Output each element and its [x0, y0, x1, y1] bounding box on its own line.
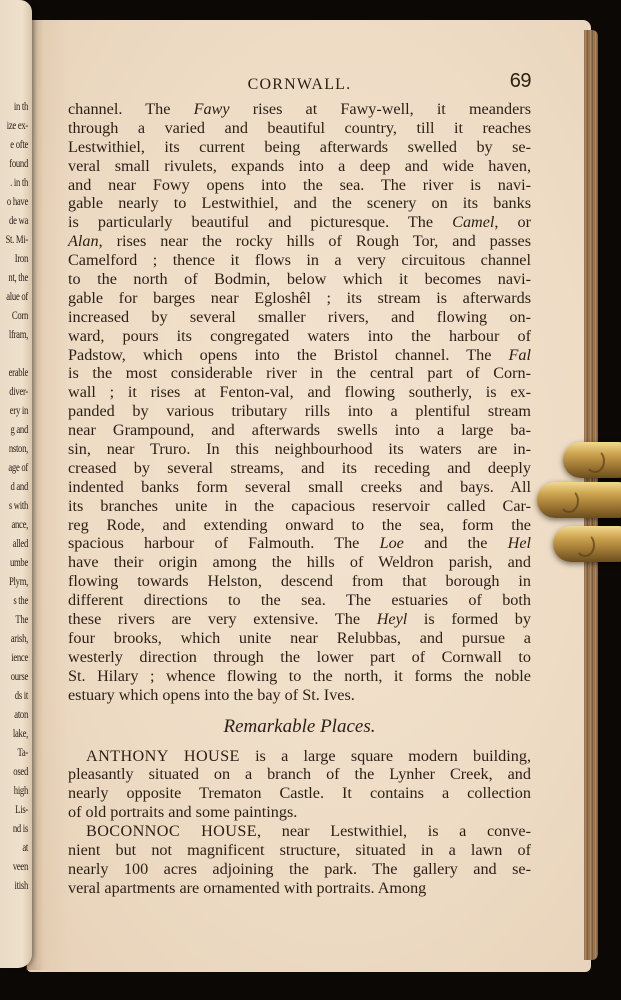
facing-page-fragment: St. Mi- [0, 230, 28, 249]
text-run: , near Lestwithiel, is a conve- [257, 822, 531, 840]
text-run: have their origin among the hills of Wel… [68, 553, 531, 571]
text-run: channel. The [68, 100, 194, 118]
facing-page-fragment [0, 344, 28, 363]
text-run: veral small rivulets, expands into a dee… [68, 157, 531, 175]
river-name-italic: Heyl [377, 610, 408, 628]
text-run: St. Hilary ; whence flowing to the north… [68, 667, 531, 685]
facing-page-fragment: alled [0, 534, 28, 553]
facing-page-fragment: s with [0, 496, 28, 515]
text-line: these rivers are very extensive. The Hey… [68, 610, 531, 629]
facing-page-fragment: nston, [0, 439, 28, 458]
facing-page-fragment: lake, [0, 724, 28, 743]
text-line: gable nearly to Lestwithiel, and the sce… [68, 194, 531, 213]
facing-page-fragment: Lis- [0, 800, 28, 819]
facing-page-fragment: ourse [0, 667, 28, 686]
text-run: nearly 100 acres adjoining the park. The… [68, 860, 531, 878]
text-run: wall ; it rises at Fenton-val, and flowi… [68, 383, 531, 401]
text-line: nearly 100 acres adjoining the park. The… [68, 860, 531, 879]
facing-page-fragment: osed [0, 762, 28, 781]
facing-page-fragment: age of [0, 458, 28, 477]
text-run: spacious harbour of Falmouth. The [68, 534, 380, 552]
text-run: is formed by [407, 610, 531, 628]
text-line: creased by several streams, and its rece… [68, 459, 531, 478]
running-title: CORNWALL. [68, 76, 531, 95]
paragraph-rivers: channel. The Fawy rises at Fawy-well, it… [68, 100, 531, 705]
facing-page-fragment: aton [0, 705, 28, 724]
river-name-italic: Fal [509, 346, 531, 364]
text-run: indented banks form several small creeks… [68, 478, 531, 496]
facing-page-fragment: lfram, [0, 325, 28, 344]
text-run: different directions to the sea. The est… [68, 591, 531, 609]
facing-page-fragment: arish, [0, 629, 28, 648]
text-run: , rises near the rocky hills of Rough To… [99, 232, 531, 250]
text-line: different directions to the sea. The est… [68, 591, 531, 610]
facing-page-fragment: d and [0, 477, 28, 496]
text-run: is a large square modern building, [240, 747, 531, 765]
facing-page-fragment: ds it [0, 686, 28, 705]
text-line: near Grampound, and afterwards swells in… [68, 421, 531, 440]
text-run: flowing towards Helston, descend from th… [68, 572, 531, 590]
text-line: is particularly beautiful and picturesqu… [68, 213, 531, 232]
text-line: St. Hilary ; whence flowing to the north… [68, 667, 531, 686]
text-run: veral apartments are ornamented with por… [68, 879, 426, 897]
text-line: estuary which opens into the bay of St. … [68, 686, 531, 705]
text-line: its branches unite in the capacious rese… [68, 497, 531, 516]
text-run: nient but not magnificent structure, sit… [68, 841, 531, 859]
facing-page-fragment: Plym, [0, 572, 28, 591]
text-run: through a varied and beautiful country, … [68, 119, 531, 137]
running-head: CORNWALL. 69 [68, 72, 531, 98]
text-line: four brooks, which unite near Relubbas, … [68, 629, 531, 648]
text-run: four brooks, which unite near Relubbas, … [68, 629, 531, 647]
facing-page-fragment: ance, [0, 515, 28, 534]
text-run: pleasantly situated on a branch of the L… [68, 765, 531, 783]
facing-page-fragment: Iron [0, 249, 28, 268]
text-run: nearly opposite Trematon Castle. It cont… [68, 784, 531, 802]
text-line: flowing towards Helston, descend from th… [68, 572, 531, 591]
facing-page-fragment: s the [0, 591, 28, 610]
facing-page-fragment: umbe [0, 553, 28, 572]
clip-finger [537, 482, 621, 518]
clip-finger [553, 526, 621, 562]
text-run: is particularly beautiful and picturesqu… [68, 213, 452, 231]
text-line: veral small rivulets, expands into a dee… [68, 157, 531, 176]
facing-page-fragment: ize ex- [0, 116, 28, 135]
facing-page-fragment: e ofte [0, 135, 28, 154]
text-run: its branches unite in the capacious rese… [68, 497, 531, 515]
text-line: ward, pours its congregated waters into … [68, 327, 531, 346]
text-line: through a varied and beautiful country, … [68, 119, 531, 138]
page-number: 69 [510, 72, 531, 91]
facing-page-fragment: ience [0, 648, 28, 667]
place-name: BOCONNOC HOUSE [86, 822, 257, 840]
facing-page-fragment: de wa [0, 211, 28, 230]
text-run: gable for barges near Egloshêl ; its str… [68, 289, 531, 307]
text-line: to the north of Bodmin, below which it b… [68, 270, 531, 289]
text-line: pleasantly situated on a branch of the L… [68, 765, 531, 784]
text-run: ward, pours its congregated waters into … [68, 327, 531, 345]
text-line: channel. The Fawy rises at Fawy-well, it… [68, 100, 531, 119]
facing-page-fragment: erable [0, 363, 28, 382]
facing-page-fragment: Corn [0, 306, 28, 325]
text-run: estuary which opens into the bay of St. … [68, 686, 355, 704]
text-line: wall ; it rises at Fenton-val, and flowi… [68, 383, 531, 402]
text-line: gable for barges near Egloshêl ; its str… [68, 289, 531, 308]
facing-page-fragment: ery in [0, 401, 28, 420]
text-run: westerly direction through the lower par… [68, 648, 531, 666]
left-facing-page: in thize ex-e oftefound. in tho havede w… [0, 0, 32, 968]
text-line: Alan, rises near the rocky hills of Roug… [68, 232, 531, 251]
book-gutter-shadow [26, 20, 70, 970]
text-line: indented banks form several small creeks… [68, 478, 531, 497]
facing-page-fragment: high [0, 781, 28, 800]
place-name: ANTHONY HOUSE [86, 747, 240, 765]
facing-page-fragment: nt, the [0, 268, 28, 287]
text-run: rises at Fawy-well, it meanders [230, 100, 531, 118]
text-line: Camelford ; thence it flows in a very ci… [68, 251, 531, 270]
text-line: Lestwithiel, its current being afterward… [68, 138, 531, 157]
text-line: Padstow, which opens into the Bristol ch… [68, 346, 531, 365]
text-run: sin, near Truro. In this neighbourhood i… [68, 440, 531, 458]
text-line: is the most considerable river in the ce… [68, 364, 531, 383]
gold-page-holder-clip [527, 438, 621, 578]
text-line: increased by several smaller rivers, and… [68, 308, 531, 327]
text-run: increased by several smaller rivers, and… [68, 308, 531, 326]
facing-page-fragment: . in th [0, 173, 28, 192]
text-run: Lestwithiel, its current being afterward… [68, 138, 531, 156]
text-run: panded by various tributary rills into a… [68, 402, 531, 420]
facing-page-fragment: itish [0, 876, 28, 895]
text-run: and near Fowy opens into the sea. The ri… [68, 176, 531, 194]
river-name-italic: Alan [68, 232, 99, 250]
page-text-block: CORNWALL. 69 channel. The Fawy rises at … [68, 72, 531, 898]
text-line: ANTHONY HOUSE is a large square modern b… [68, 747, 531, 766]
clip-finger [563, 442, 621, 478]
text-line: BOCONNOC HOUSE, near Lestwithiel, is a c… [68, 822, 531, 841]
facing-page-text-fragments: in thize ex-e oftefound. in tho havede w… [0, 97, 28, 895]
text-run: reg Rode, and extending onward to the se… [68, 516, 531, 534]
text-run: to the north of Bodmin, below which it b… [68, 270, 531, 288]
facing-page-fragment: g and [0, 420, 28, 439]
text-run: these rivers are very extensive. The [68, 610, 377, 628]
text-run: of old portraits and some paintings. [68, 803, 297, 821]
facing-page-fragment: diver- [0, 382, 28, 401]
facing-page-fragment: o have [0, 192, 28, 211]
text-line: have their origin among the hills of Wel… [68, 553, 531, 572]
text-line: veral apartments are ornamented with por… [68, 879, 531, 898]
text-line: reg Rode, and extending onward to the se… [68, 516, 531, 535]
text-run: near Grampound, and afterwards swells in… [68, 421, 531, 439]
text-line: nient but not magnificent structure, sit… [68, 841, 531, 860]
text-run: Padstow, which opens into the Bristol ch… [68, 346, 509, 364]
text-line: of old portraits and some paintings. [68, 803, 531, 822]
section-heading: Remarkable Places. [68, 715, 531, 739]
text-line: westerly direction through the lower par… [68, 648, 531, 667]
facing-page-fragment: veen [0, 857, 28, 876]
text-run: creased by several streams, and its rece… [68, 459, 531, 477]
paragraph-boconnoc-house: BOCONNOC HOUSE, near Lestwithiel, is a c… [68, 822, 531, 898]
facing-page-fragment: in th [0, 97, 28, 116]
river-name-italic: Fawy [194, 100, 230, 118]
text-line: panded by various tributary rills into a… [68, 402, 531, 421]
river-name-italic: Loe [380, 534, 404, 552]
facing-page-fragment: The [0, 610, 28, 629]
paragraph-anthony-house: ANTHONY HOUSE is a large square modern b… [68, 747, 531, 823]
text-run: is the most considerable river in the ce… [68, 364, 531, 382]
facing-page-fragment: Ta- [0, 743, 28, 762]
facing-page-fragment: alue of [0, 287, 28, 306]
text-run: gable nearly to Lestwithiel, and the sce… [68, 194, 531, 212]
facing-page-fragment: found [0, 154, 28, 173]
facing-page-fragment: at [0, 838, 28, 857]
river-name-italic: Camel [452, 213, 494, 231]
text-line: spacious harbour of Falmouth. The Loe an… [68, 534, 531, 553]
text-run: , or [494, 213, 531, 231]
text-run: Camelford ; thence it flows in a very ci… [68, 251, 531, 269]
text-line: sin, near Truro. In this neighbourhood i… [68, 440, 531, 459]
facing-page-fragment: nd is [0, 819, 28, 838]
text-run: and the [404, 534, 508, 552]
text-line: and near Fowy opens into the sea. The ri… [68, 176, 531, 195]
text-line: nearly opposite Trematon Castle. It cont… [68, 784, 531, 803]
